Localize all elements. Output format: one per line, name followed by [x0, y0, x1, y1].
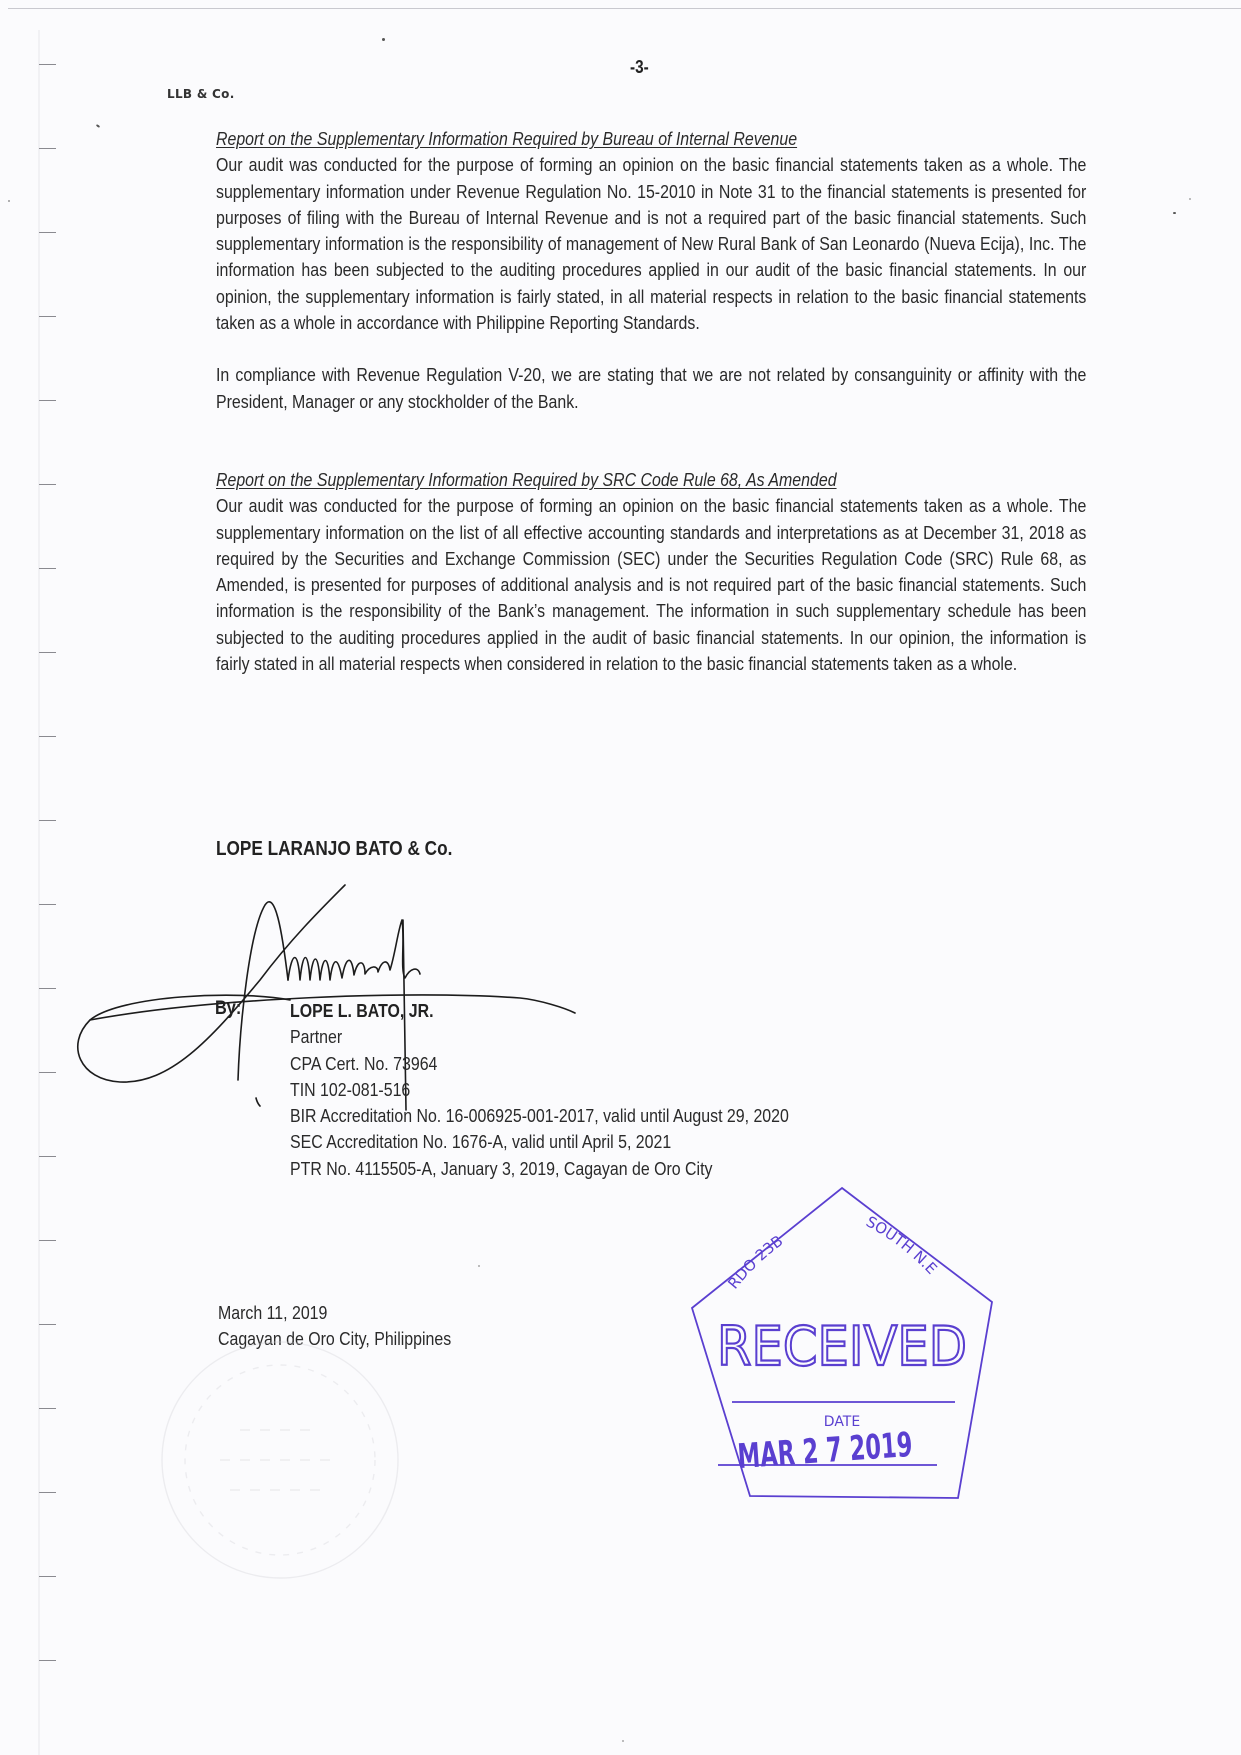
page-number: -3- [630, 57, 649, 78]
margin-tick [39, 568, 56, 569]
margin-tick [39, 1492, 56, 1493]
scan-speck [8, 200, 10, 202]
section-paragraph: Our audit was conducted for the purpose … [216, 152, 1086, 336]
by-label: By: [215, 998, 241, 1020]
stamp-received-text: RECEIVED [717, 1315, 967, 1378]
margin-tick [39, 400, 56, 401]
section-bir: Report on the Supplementary Information … [216, 126, 1086, 415]
margin-tick [39, 232, 56, 233]
ptr-number: PTR No. 4115505-A, January 3, 2019, Caga… [290, 1156, 1064, 1182]
margin-tick [39, 904, 56, 905]
section-src: Report on the Supplementary Information … [216, 467, 1086, 677]
margin-tick [39, 316, 56, 317]
section-heading: Report on the Supplementary Information … [216, 467, 1086, 493]
scan-speck [96, 124, 100, 128]
margin-tick [39, 652, 56, 653]
scan-speck [382, 38, 385, 41]
sec-accreditation: SEC Accreditation No. 1676-A, valid unti… [290, 1129, 1064, 1155]
tin-number: TIN 102-081-516 [290, 1077, 1064, 1103]
margin-tick [39, 1660, 56, 1661]
date-place: March 11, 2019 Cagayan de Oro City, Phil… [218, 1300, 451, 1353]
margin-tick [39, 1576, 56, 1577]
stamp-date-value: MAR 2 7 2019 [736, 1425, 913, 1477]
signer-block: LOPE L. BATO, JR. Partner CPA Cert. No. … [290, 998, 1064, 1182]
margin-tick [39, 1072, 56, 1073]
margin-tick [39, 1156, 56, 1157]
cpa-cert-number: CPA Cert. No. 73964 [290, 1051, 1064, 1077]
firm-header: LLB & Co. [167, 87, 235, 101]
dry-seal-icon [130, 1330, 430, 1590]
margin-tick [39, 148, 56, 149]
margin-tick [39, 484, 56, 485]
bir-accreditation: BIR Accreditation No. 16-006925-001-2017… [290, 1103, 1064, 1129]
scan-speck [1173, 212, 1176, 214]
scan-speck [478, 1265, 480, 1267]
stamp-date-label: DATE [824, 1414, 860, 1430]
received-stamp-icon: RDO 23B SOUTH N.E RECEIVED DATE MAR 2 7 … [680, 1180, 1000, 1510]
section-paragraph: Our audit was conducted for the purpose … [216, 493, 1086, 677]
scan-top-edge [8, 8, 1241, 9]
scan-speck [622, 1740, 624, 1742]
margin-tick [39, 820, 56, 821]
report-place: Cagayan de Oro City, Philippines [218, 1326, 451, 1352]
signer-name: LOPE L. BATO, JR. [290, 998, 1064, 1024]
margin-tick [39, 1324, 56, 1325]
section-heading: Report on the Supplementary Information … [216, 126, 1086, 152]
signer-title: Partner [290, 1024, 1064, 1050]
report-date: March 11, 2019 [218, 1300, 451, 1326]
stamp-office-text: SOUTH N.E [863, 1213, 940, 1278]
margin-tick [39, 736, 56, 737]
scan-speck [1189, 198, 1191, 200]
firm-name: LOPE LARANJO BATO & Co. [216, 838, 452, 861]
margin-tick [39, 1408, 56, 1409]
margin-tick [39, 64, 56, 65]
stamp-rdo-text: RDO 23B [724, 1232, 786, 1293]
margin-tick [39, 988, 56, 989]
margin-tick [39, 1240, 56, 1241]
section-paragraph: In compliance with Revenue Regulation V-… [216, 362, 1086, 415]
scan-left-strip [38, 30, 40, 1755]
